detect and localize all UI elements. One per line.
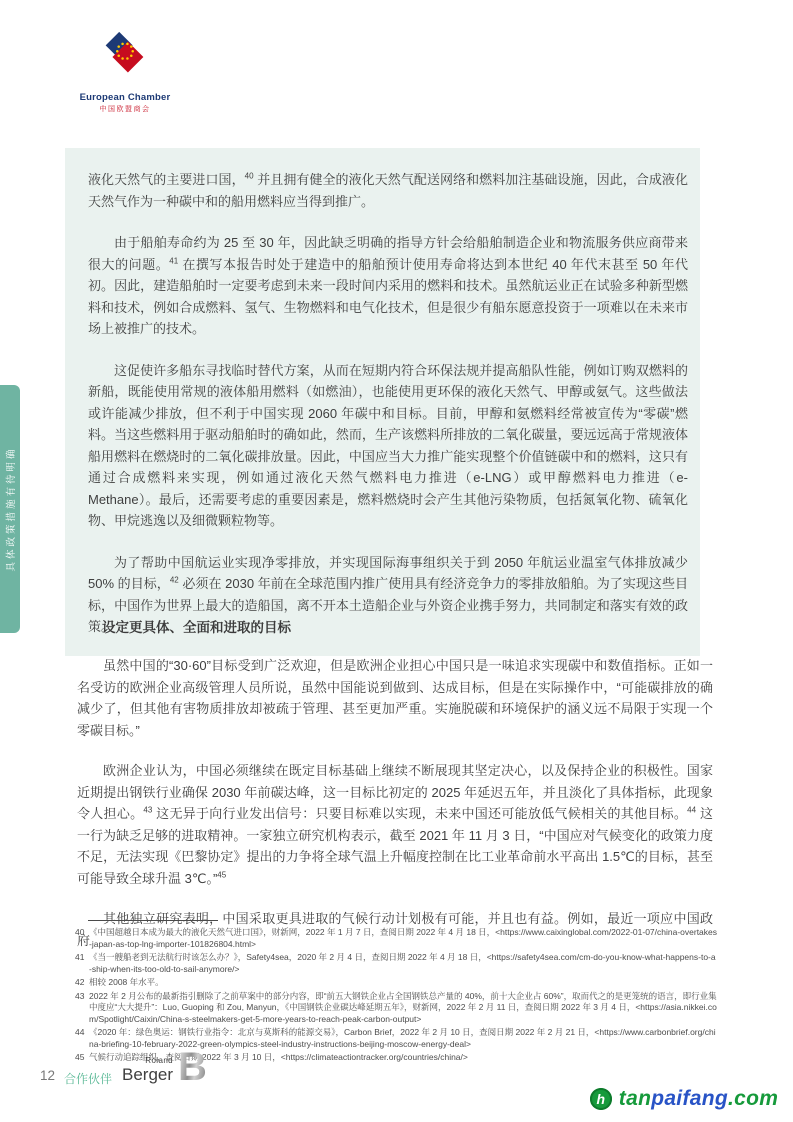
highlighted-section: 液化天然气的主要进口国，40 并且拥有健全的液化天然气配送网络和燃料加注基础设施… (65, 148, 700, 656)
tanpaifang-icon: h (590, 1088, 612, 1110)
footnote-number: 44 (75, 1027, 89, 1050)
european-chamber-logo: European Chamber 中国欧盟商会 (66, 28, 184, 114)
body-paragraph: 由于船舶寿命约为 25 至 30 年，因此缺乏明确的指导方针会给船舶制造企业和物… (88, 232, 688, 340)
partner-label: 合作伙伴 (64, 1070, 112, 1087)
chamber-logo-icon (96, 28, 154, 86)
section-heading: 设定更具体、全面和进取的目标 (102, 616, 713, 636)
footnote-number: 40 (75, 927, 89, 950)
body-paragraph: 液化天然气的主要进口国，40 并且拥有健全的液化天然气配送网络和燃料加注基础设施… (88, 169, 688, 212)
chamber-logo-subtitle: 中国欧盟商会 (66, 104, 184, 114)
tanpaifang-logo-link[interactable]: h tanpaifang.com (577, 1079, 791, 1119)
footnote-row: 41 《当一艘船老到无法航行时该怎么办？》，Safety4sea，2020 年 … (75, 952, 717, 975)
document-page: European Chamber 中国欧盟商会 具体政策措施有待明确 液化天然气… (0, 0, 793, 1122)
footnote-text: 相较 2008 年水平。 (89, 977, 717, 989)
body-paragraph: 虽然中国的“30·60”目标受到广泛欢迎，但是欧洲企业担心中国只是一味追求实现碳… (77, 655, 713, 741)
sidebar-chapter-tab: 具体政策措施有待明确 (0, 385, 20, 633)
footnote-row: 42 相较 2008 年水平。 (75, 977, 717, 989)
footnote-row: 40 《中国超越日本成为最大的液化天然气进口国》，财新网，2022 年 1 月 … (75, 927, 717, 950)
footnotes: 40 《中国超越日本成为最大的液化天然气进口国》，财新网，2022 年 1 月 … (75, 920, 717, 1066)
goals-section: 设定更具体、全面和进取的目标 虽然中国的“30·60”目标受到广泛欢迎，但是欧洲… (77, 616, 713, 970)
footnote-number: 41 (75, 952, 89, 975)
chamber-logo-title: European Chamber (66, 92, 184, 103)
roland-berger-b-icon: B (178, 1052, 207, 1083)
footnote-text: 《中国超越日本成为最大的液化天然气进口国》，财新网，2022 年 1 月 7 日… (89, 927, 717, 950)
page-number: 12 (40, 1068, 55, 1083)
footnote-number: 42 (75, 977, 89, 989)
footnote-row: 44 《2020 年：绿色奥运：钢铁行业指令：北京与莫斯科的能源交易》，Carb… (75, 1027, 717, 1050)
sidebar-chapter-tab-label: 具体政策措施有待明确 (3, 446, 17, 571)
tanpaifang-wordmark: tanpaifang.com (619, 1087, 778, 1111)
footnote-separator (88, 920, 218, 921)
body-paragraph: 这促使许多船东寻找临时替代方案，从而在短期内符合环保法规并提高船队性能，例如订购… (88, 360, 688, 532)
footnote-row: 43 2022 年 2 月公布的最新指引删除了之前草案中的部分内容，即“前五大钢… (75, 991, 717, 1026)
footnote-number: 45 (75, 1052, 89, 1064)
footnote-text: 2022 年 2 月公布的最新指引删除了之前草案中的部分内容，即“前五大钢铁企业… (89, 991, 717, 1026)
roland-berger-logo: Roland Berger B (122, 1052, 207, 1083)
roland-berger-wordmark: Roland Berger (122, 1057, 173, 1083)
footnote-text: 《当一艘船老到无法航行时该怎么办？》，Safety4sea，2020 年 2 月… (89, 952, 717, 975)
footnote-number: 43 (75, 991, 89, 1026)
body-paragraph: 欧洲企业认为，中国必须继续在既定目标基础上继续不断展现其坚定决心，以及保持企业的… (77, 760, 713, 889)
